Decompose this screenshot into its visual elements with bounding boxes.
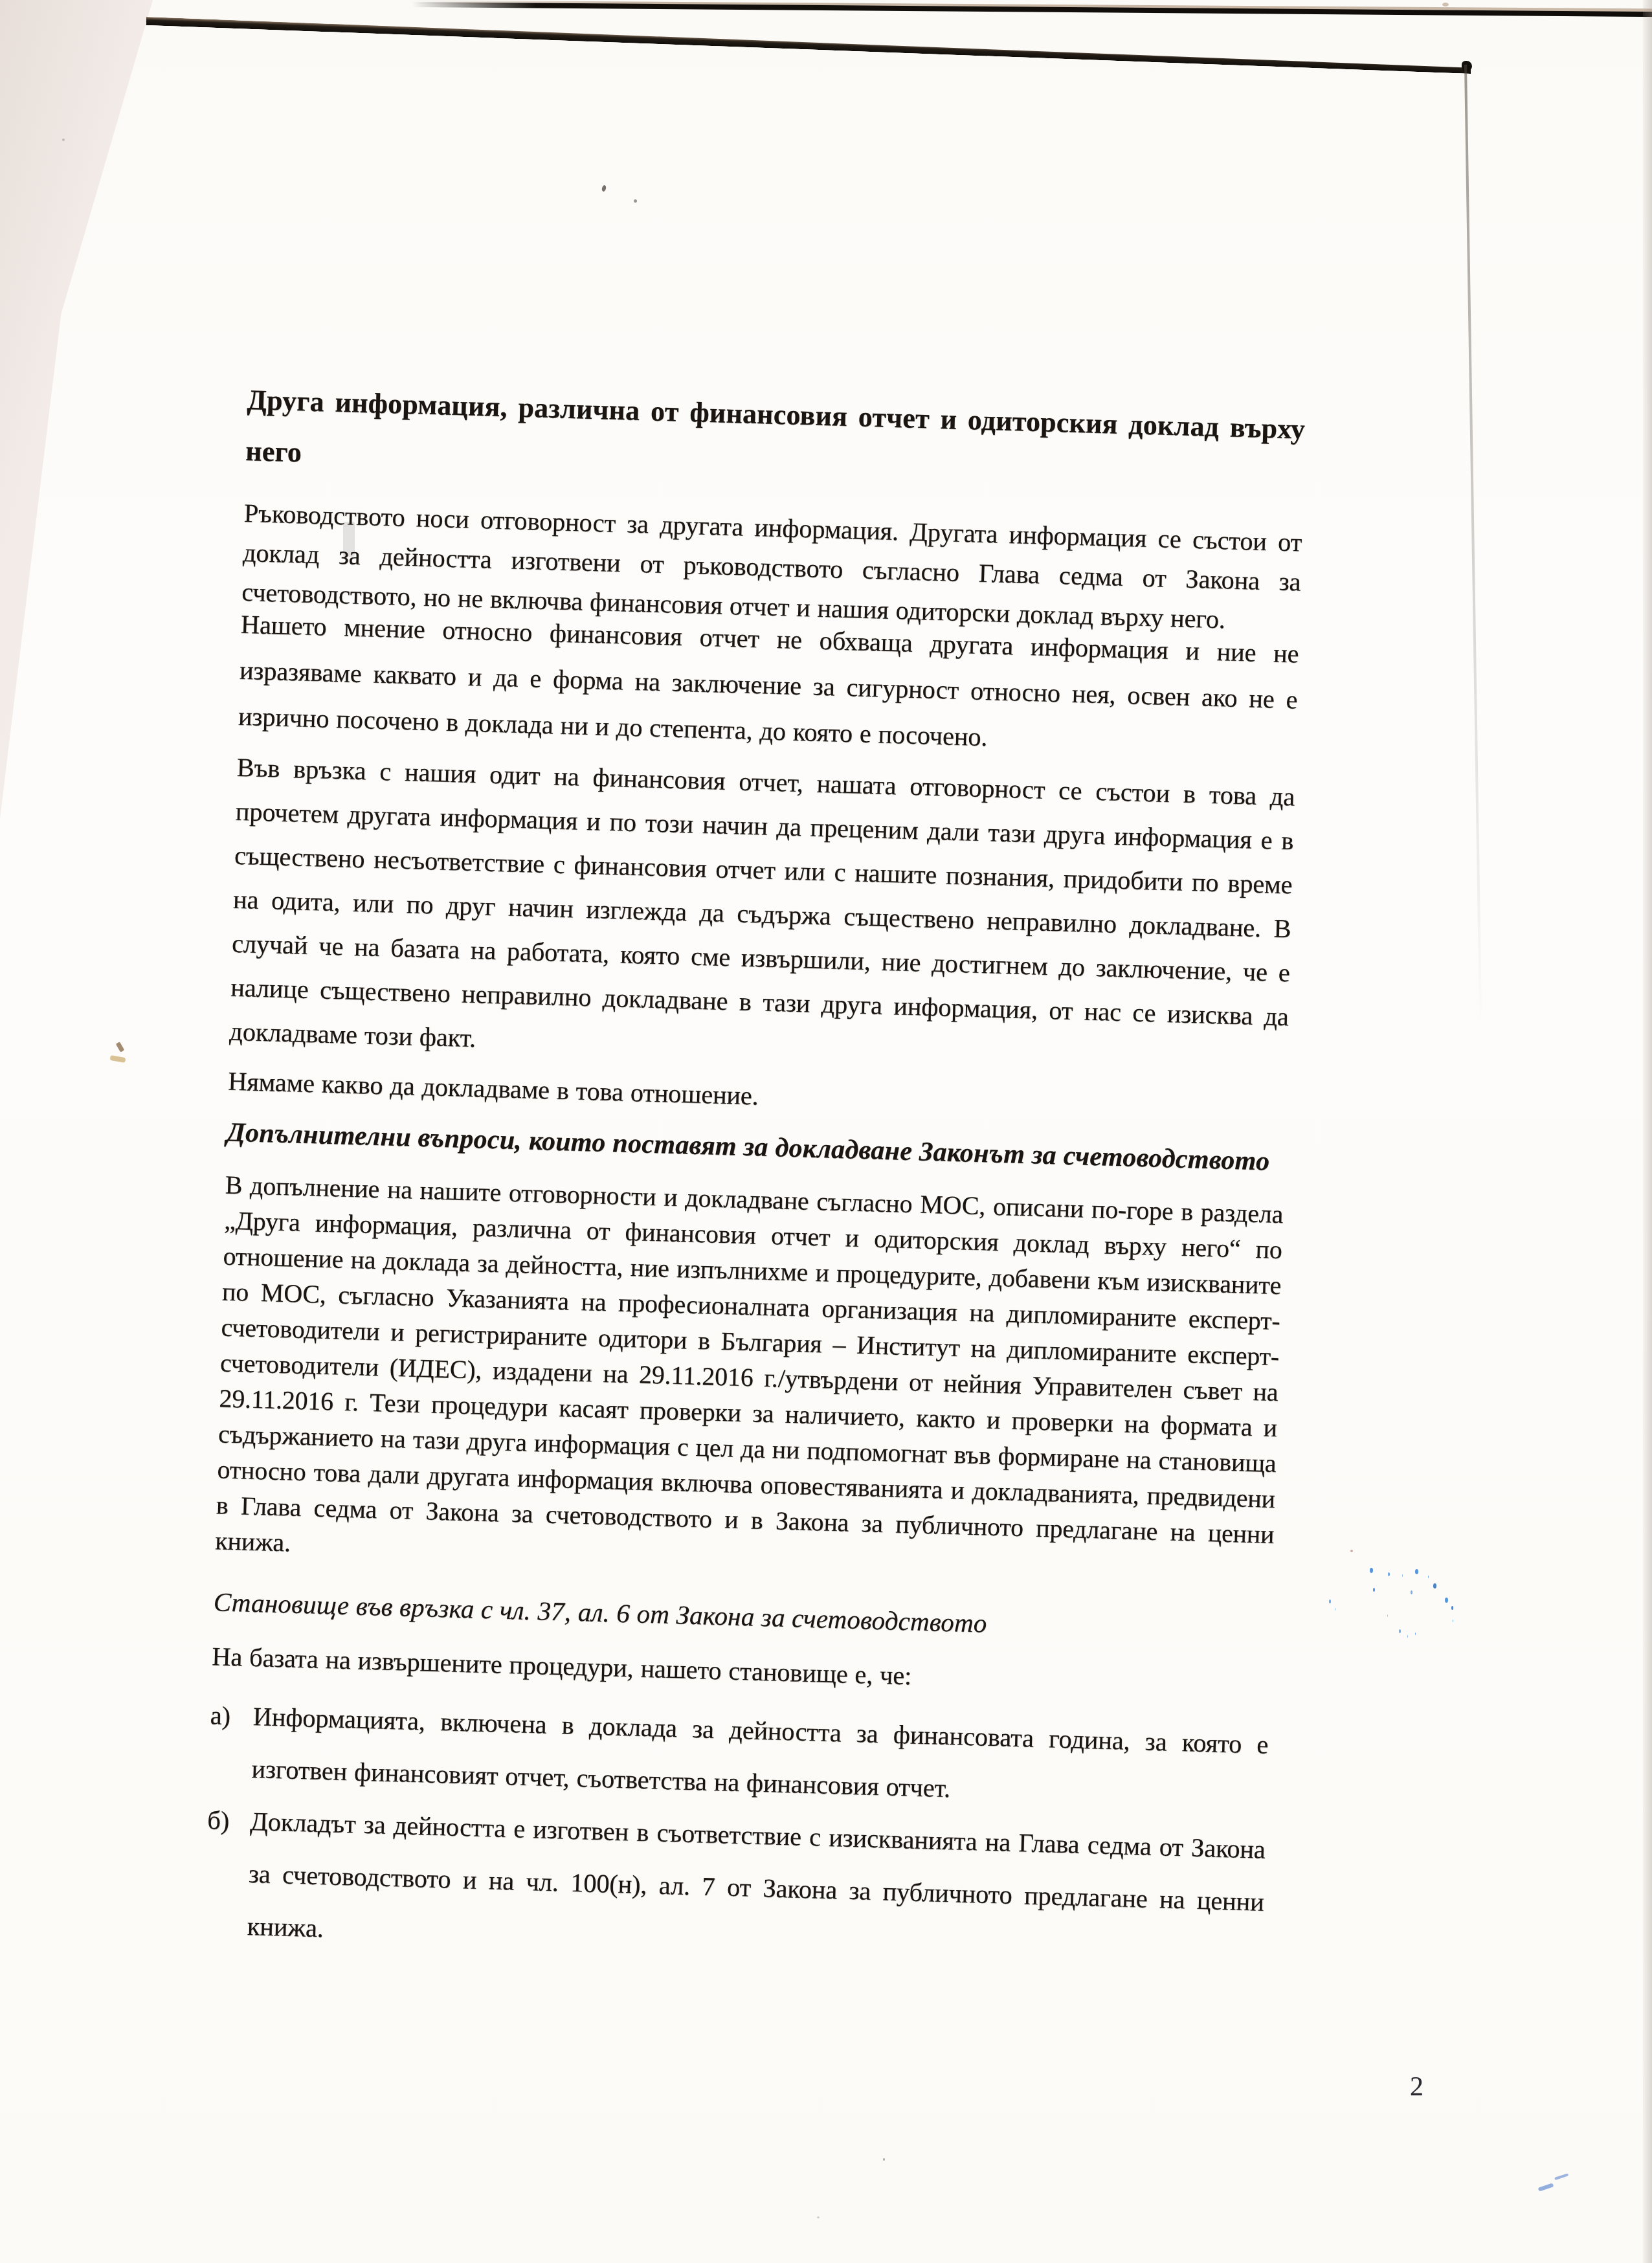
opinion-list: а) Информацията, включена в доклада за д… — [204, 1689, 1269, 1980]
paragraph-additional-matters: В допълнение на нашите отговорности и до… — [215, 1167, 1284, 1588]
list-item-b-marker: б) — [206, 1794, 230, 1847]
list-item-b-text: Докладът за дейността е изготвен в съотв… — [247, 1807, 1266, 1943]
section-heading-other-information: Друга информация, различна от финансовия… — [245, 374, 1306, 506]
scan-right-page-edge-line — [1464, 65, 1483, 1075]
paragraph-opinion-scope: Нашето мнение относно финансовия отчет н… — [238, 601, 1299, 769]
document-text-block: Друга информация, различна от финансовия… — [201, 369, 1306, 2081]
scanned-document-page: Друга информация, различна от финансовия… — [0, 0, 1652, 2263]
scan-corner-underlay-page-edge — [0, 0, 153, 952]
pen-mark-blue-dash — [1538, 2183, 1554, 2191]
section-heading-opinion-art37: Становище във връзка с чл. 37, ал. 6 от … — [213, 1583, 1272, 1650]
scanner-right-edge-strip — [1643, 0, 1652, 2263]
scan-speck — [601, 184, 607, 192]
scan-speck — [62, 139, 65, 141]
list-item-a-marker: а) — [210, 1689, 231, 1742]
page-number: 2 — [1410, 2071, 1423, 2102]
paragraph-audit-responsibility: Във връзка с нашия одит на финансовия от… — [229, 746, 1295, 1083]
pen-mark-blue-dots-cluster — [1370, 1568, 1373, 1573]
scan-speck — [817, 2216, 820, 2218]
scan-speck — [1442, 3, 1449, 6]
scan-speck — [634, 199, 637, 203]
scan-speck — [883, 2158, 885, 2161]
list-item-b: б) Докладът за дейността е изготвен в съ… — [204, 1794, 1266, 1981]
scan-speck — [1350, 1550, 1353, 1552]
list-item-a-text: Информацията, включена в доклада за дейн… — [251, 1702, 1269, 1803]
scan-brown-mark — [116, 1042, 125, 1052]
scan-brown-smudge — [109, 1055, 126, 1063]
scan-top-edge-line-lower — [146, 17, 1471, 74]
